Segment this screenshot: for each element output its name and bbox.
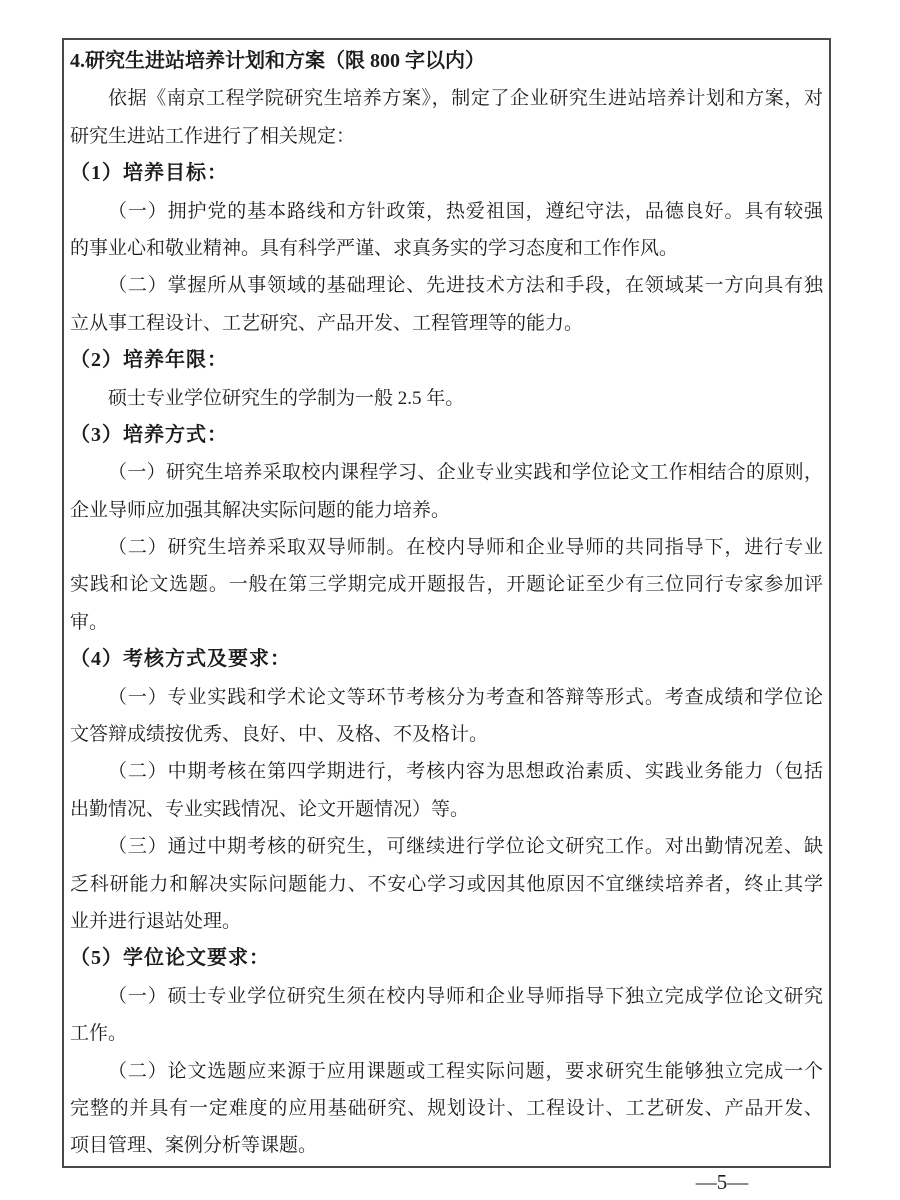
section-heading: （1）培养目标： [70, 155, 823, 192]
section-heading: （2）培养年限： [70, 342, 823, 379]
body-line: （二）中期考核在第四学期进行，考核内容为思想政治素质、实践业务能力（包括 [70, 753, 823, 790]
body-line: 的事业心和敬业精神。具有科学严谨、求真务实的学习态度和工作作风。 [70, 230, 823, 267]
page-number: —5— [690, 1170, 754, 1195]
body-line: （一）研究生培养采取校内课程学习、企业专业实践和学位论文工作相结合的原则， [70, 454, 823, 491]
body-line: 工作。 [70, 1015, 823, 1052]
body-line: 企业导师应加强其解决实际问题的能力培养。 [70, 492, 823, 529]
body-line: 依据《南京工程学院研究生培养方案》，制定了企业研究生进站培养计划和方案，对 [70, 80, 823, 117]
section-heading: （3）培养方式： [70, 417, 823, 454]
body-line: 研究生进站工作进行了相关规定： [70, 118, 823, 155]
section-heading: （4）考核方式及要求： [70, 641, 823, 678]
body-line: 硕士专业学位研究生的学制为一般 2.5 年。 [70, 380, 823, 417]
document-body: 4.研究生进站培养计划和方案（限 800 字以内）依据《南京工程学院研究生培养方… [70, 43, 823, 1166]
document-title: 4.研究生进站培养计划和方案（限 800 字以内） [70, 43, 823, 80]
body-line: 业并进行退站处理。 [70, 903, 823, 940]
body-line: （二）论文选题应来源于应用课题或工程实际问题，要求研究生能够独立完成一个 [70, 1053, 823, 1090]
body-line: 文答辩成绩按优秀、良好、中、及格、不及格计。 [70, 716, 823, 753]
body-line: （三）通过中期考核的研究生，可继续进行学位论文研究工作。对出勤情况差、缺 [70, 828, 823, 865]
body-line: （二）掌握所从事领域的基础理论、先进技术方法和手段，在领域某一方向具有独 [70, 267, 823, 304]
body-line: （二）研究生培养采取双导师制。在校内导师和企业导师的共同指导下，进行专业 [70, 529, 823, 566]
form-section-box: 4.研究生进站培养计划和方案（限 800 字以内）依据《南京工程学院研究生培养方… [62, 38, 831, 1168]
body-line: 实践和论文选题。一般在第三学期完成开题报告，开题论证至少有三位同行专家参加评 [70, 566, 823, 603]
body-line: 出勤情况、专业实践情况、论文开题情况）等。 [70, 791, 823, 828]
body-line: （一）拥护党的基本路线和方针政策，热爱祖国，遵纪守法，品德良好。具有较强 [70, 193, 823, 230]
body-line: 完整的并具有一定难度的应用基础研究、规划设计、工程设计、工艺研发、产品开发、 [70, 1090, 823, 1127]
body-line: 立从事工程设计、工艺研究、产品开发、工程管理等的能力。 [70, 305, 823, 342]
body-line: 乏科研能力和解决实际问题能力、不安心学习或因其他原因不宜继续培养者，终止其学 [70, 866, 823, 903]
body-line: （一）硕士专业学位研究生须在校内导师和企业导师指导下独立完成学位论文研究 [70, 978, 823, 1015]
body-line: （一）专业实践和学术论文等环节考核分为考查和答辩等形式。考查成绩和学位论 [70, 679, 823, 716]
body-line: 项目管理、案例分析等课题。 [70, 1127, 823, 1164]
body-line: 审。 [70, 604, 823, 641]
section-heading: （5）学位论文要求： [70, 940, 823, 977]
